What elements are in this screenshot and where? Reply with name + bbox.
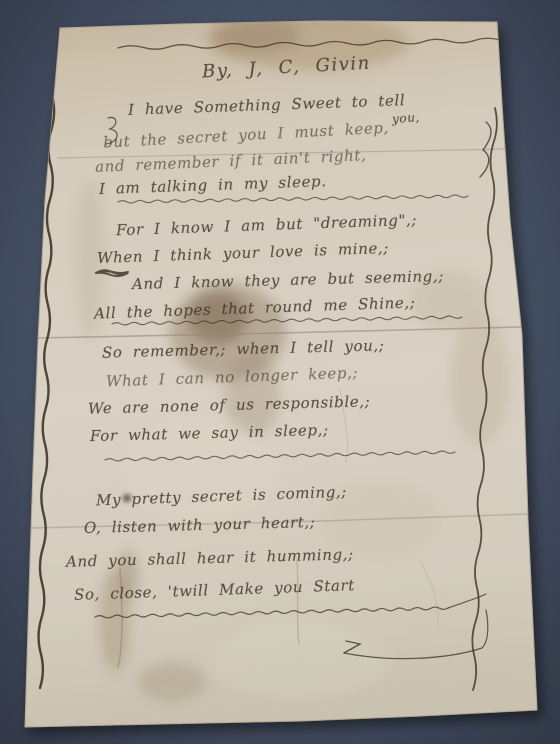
poem-line-s3-3: We are none of us responsible,; [88, 392, 371, 417]
poem-line-s1-1: I have Something Sweet to tell [128, 91, 406, 119]
poem-line-s2-3: And I know they are but seeming,; [132, 267, 444, 293]
poem-line-s1-4: I am talking in my sleep. [99, 172, 327, 198]
poem-line-s2-2: When I think your love is mine,; [97, 239, 389, 267]
inserted-word: you, [392, 110, 421, 126]
poem-line-s2-1: For I know I am but "dreaming",; [116, 211, 417, 239]
poem-line-s4-2: O, listen with your heart,; [84, 513, 316, 537]
poem-line-s3-2: What I can no longer keep,; [106, 364, 359, 391]
poem-line-s4-4: So, close, 'twill Make you Start [74, 576, 355, 604]
poem-line-s4-1: My pretty secret is coming,; [96, 483, 347, 510]
poem-line-s2-4: All the hopes that round me Shine,; [94, 293, 416, 322]
poem-line-s3-4: For what we say in sleep,; [90, 421, 329, 445]
handwriting-layer: By, J, C, Givin I have Something Sweet t… [0, 0, 560, 744]
photograph: By, J, C, Givin I have Something Sweet t… [0, 0, 560, 744]
author-line: By, J, C, Givin [202, 53, 372, 83]
poem-line-s3-1: So remember,; when I tell you,; [102, 336, 385, 361]
poem-line-s4-3: And you shall hear it humming,; [66, 545, 354, 571]
